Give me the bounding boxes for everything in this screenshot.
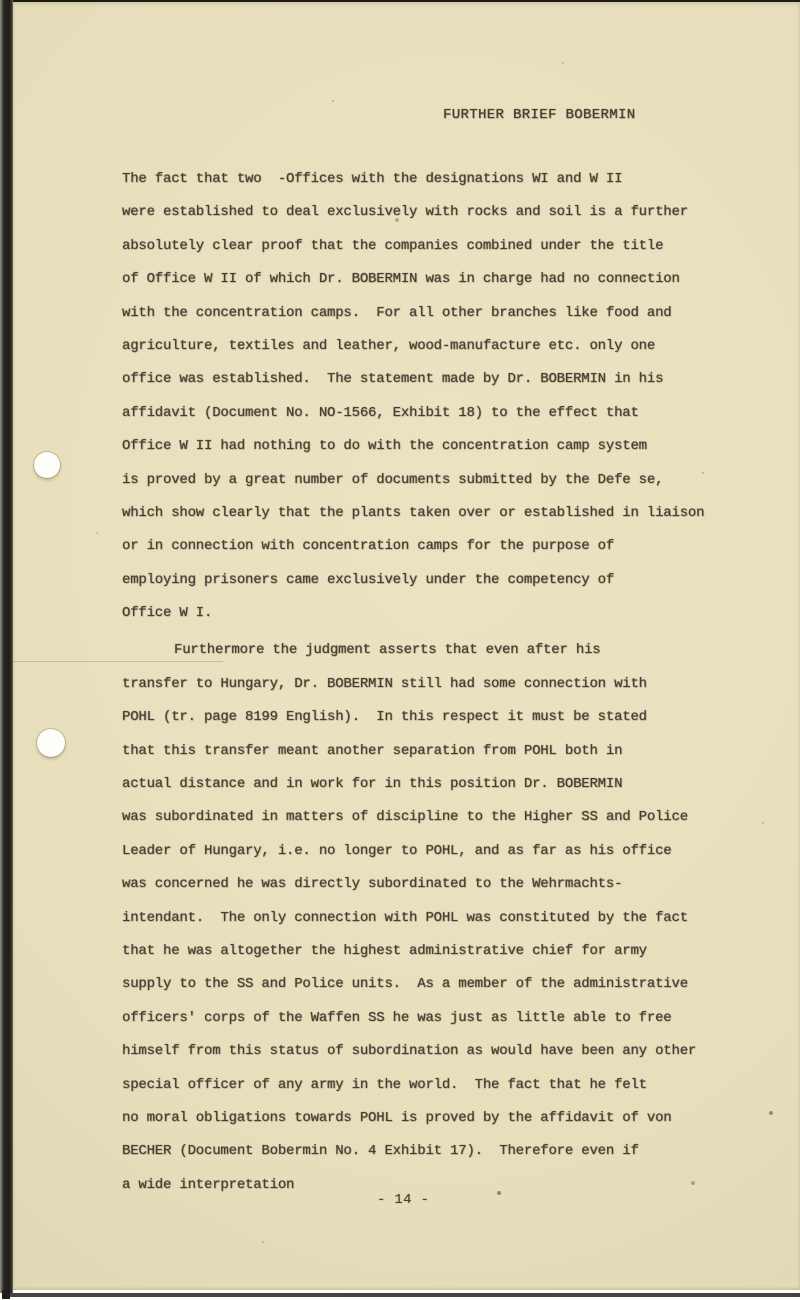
page-header-title: FURTHER BRIEF BOBERMIN xyxy=(443,107,636,123)
scan-top-edge xyxy=(0,0,800,2)
text-line: was concerned he was directly subordinat… xyxy=(122,868,762,901)
scan-bottom-edge xyxy=(8,1293,800,1297)
text-line: office was established. The statement ma… xyxy=(122,363,762,396)
text-line: affidavit (Document No. NO-1566, Exhibit… xyxy=(122,397,762,430)
text-line: BECHER (Document Bobermin No. 4 Exhibit … xyxy=(122,1135,762,1168)
text-line: Leader of Hungary, i.e. no longer to POH… xyxy=(122,835,762,868)
text-line: Office W II had nothing to do with the c… xyxy=(122,430,762,463)
text-line: a wide interpretation xyxy=(122,1169,762,1202)
page-number: - 14 - xyxy=(377,1192,429,1208)
text-line: with the concentration camps. For all ot… xyxy=(122,297,762,330)
text-line: which show clearly that the plants taken… xyxy=(122,497,762,530)
text-line: special officer of any army in the world… xyxy=(122,1069,762,1102)
text-line: that this transfer meant another separat… xyxy=(122,735,762,768)
text-line: supply to the SS and Police units. As a … xyxy=(122,968,762,1001)
text-line: employing prisoners came exclusively und… xyxy=(122,564,762,597)
text-line: POHL (tr. page 8199 English). In this re… xyxy=(122,701,762,734)
text-line: were established to deal exclusively wit… xyxy=(122,196,762,229)
punch-hole-bottom xyxy=(37,729,65,757)
text-line: or in connection with concentration camp… xyxy=(122,530,762,563)
scan-left-edge xyxy=(0,0,13,1293)
text-line: himself from this status of subordinatio… xyxy=(122,1035,762,1068)
text-line: is proved by a great number of documents… xyxy=(122,464,762,497)
text-line: transfer to Hungary, Dr. BOBERMIN still … xyxy=(122,668,762,701)
text-line: The fact that two -Offices with the desi… xyxy=(122,163,762,196)
text-line: actual distance and in work for in this … xyxy=(122,768,762,801)
paragraph: The fact that two -Offices with the desi… xyxy=(122,163,762,630)
text-line: agriculture, textiles and leather, wood-… xyxy=(122,330,762,363)
text-line: no moral obligations towards POHL is pro… xyxy=(122,1102,762,1135)
text-line: intendant. The only connection with POHL… xyxy=(122,902,762,935)
paper-speckles xyxy=(0,0,2,2)
text-line: officers' corps of the Waffen SS he was … xyxy=(122,1002,762,1035)
text-line: absolutely clear proof that the companie… xyxy=(122,230,762,263)
text-line: of Office W II of which Dr. BOBERMIN was… xyxy=(122,263,762,296)
paragraph: Furthermore the judgment asserts that ev… xyxy=(122,634,762,1202)
text-line: was subordinated in matters of disciplin… xyxy=(122,801,762,834)
scanned-document-page: FURTHER BRIEF BOBERMIN The fact that two… xyxy=(0,0,800,1300)
text-line: Furthermore the judgment asserts that ev… xyxy=(122,634,762,667)
text-block: The fact that two -Offices with the desi… xyxy=(122,163,762,1202)
scan-bottom-mark xyxy=(2,1290,10,1299)
text-line: that he was altogether the highest admin… xyxy=(122,935,762,968)
punch-hole-top xyxy=(34,452,60,478)
text-line: Office W I. xyxy=(122,597,762,630)
